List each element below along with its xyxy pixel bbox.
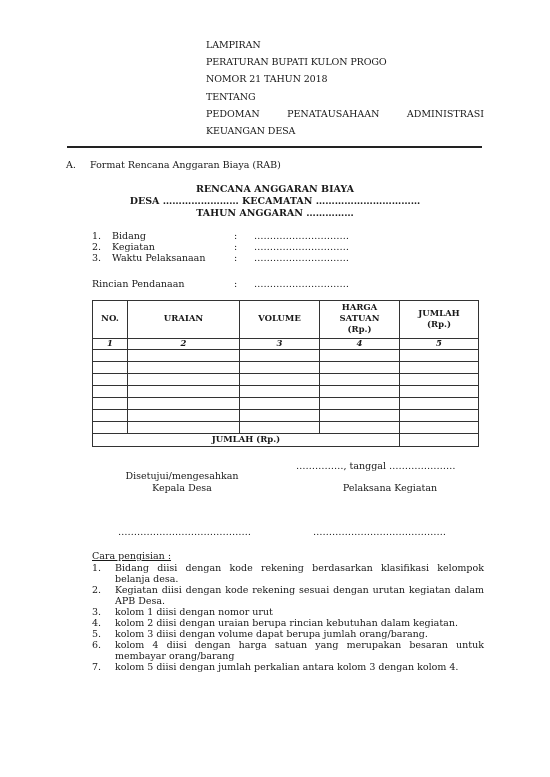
- table-cell[interactable]: [128, 398, 240, 410]
- section-heading: A.Format Rencana Anggaran Biaya (RAB): [66, 160, 281, 171]
- table-cell[interactable]: [320, 410, 400, 422]
- header-nomor: NOMOR 21 TAHUN 2018: [206, 74, 327, 85]
- instruction-item: 6.kolom 4 diisi dengan harga satuan yang…: [92, 640, 484, 662]
- table-cell[interactable]: [320, 374, 400, 386]
- section-title: Format Rencana Anggaran Biaya (RAB): [90, 160, 281, 171]
- info-key: Bidang: [112, 231, 234, 242]
- col-header-uraian: URAIAN: [128, 301, 240, 339]
- instructions-title: Cara pengisian :: [92, 551, 171, 562]
- info-kegiatan: 2.Kegiatan:…………………………: [92, 242, 349, 253]
- pelaksana-kegiatan-label: Pelaksana Kegiatan: [320, 483, 460, 494]
- table-cell[interactable]: [128, 362, 240, 374]
- table-cell[interactable]: [93, 398, 128, 410]
- rab-table: NO. URAIAN VOLUME HARGASATUAN(Rp.) JUMLA…: [92, 300, 479, 447]
- jumlah-text: JUMLAH(Rp.): [418, 309, 459, 330]
- section-label: A.: [66, 160, 90, 171]
- instruction-text: Bidang diisi dengan kode rekening berdas…: [115, 563, 484, 585]
- instruction-number: 1.: [92, 563, 115, 585]
- instruction-number: 7.: [92, 662, 115, 673]
- table-row: [93, 422, 479, 434]
- table-cell[interactable]: [320, 398, 400, 410]
- instruction-text: Kegiatan diisi dengan kode rekening sesu…: [115, 585, 484, 607]
- instruction-text: kolom 2 diisi dengan uraian berupa rinci…: [115, 618, 484, 629]
- info-key: Kegiatan: [112, 242, 234, 253]
- table-row: [93, 362, 479, 374]
- info-bidang: 1.Bidang:…………………………: [92, 231, 349, 242]
- col-num: 4: [320, 339, 400, 350]
- instruction-number: 5.: [92, 629, 115, 640]
- table-row: [93, 374, 479, 386]
- kepala-desa-label: Kepala Desa: [112, 483, 252, 494]
- table-cell[interactable]: [240, 362, 320, 374]
- instruction-number: 2.: [92, 585, 115, 607]
- table-row: [93, 398, 479, 410]
- table-cell[interactable]: [240, 410, 320, 422]
- table-cell[interactable]: [240, 350, 320, 362]
- info-value-blank[interactable]: …………………………: [254, 231, 349, 242]
- info-key: Rincian Pendanaan: [92, 279, 234, 290]
- harga-satuan-text: HARGASATUAN(Rp.): [339, 303, 379, 335]
- table-cell[interactable]: [320, 362, 400, 374]
- instructions-list: 1.Bidang diisi dengan kode rekening berd…: [92, 563, 484, 673]
- table-cell[interactable]: [128, 350, 240, 362]
- info-colon: :: [234, 231, 254, 242]
- instruction-text: kolom 1 diisi dengan nomor urut: [115, 607, 484, 618]
- col-header-harga-satuan: HARGASATUAN(Rp.): [320, 301, 400, 339]
- info-key: Waktu Pelaksanaan: [112, 253, 234, 264]
- header-word: PEDOMAN: [206, 109, 260, 120]
- total-value-cell[interactable]: [400, 434, 479, 447]
- header-lampiran: LAMPIRAN: [206, 40, 261, 51]
- header-divider: [67, 146, 482, 148]
- table-cell[interactable]: [400, 410, 479, 422]
- info-value-blank[interactable]: …………………………: [254, 279, 349, 290]
- col-num: 2: [128, 339, 240, 350]
- table-cell[interactable]: [240, 374, 320, 386]
- header-word: PENATAUSAHAAN: [287, 109, 379, 120]
- info-value-blank[interactable]: …………………………: [254, 253, 349, 264]
- table-cell[interactable]: [128, 410, 240, 422]
- info-num: 3.: [92, 253, 112, 264]
- col-num: 5: [400, 339, 479, 350]
- instruction-number: 3.: [92, 607, 115, 618]
- total-row: JUMLAH (Rp.): [93, 434, 479, 447]
- instruction-item: 2.Kegiatan diisi dengan kode rekening se…: [92, 585, 484, 607]
- header-word: ADMINISTRASI: [407, 109, 484, 120]
- table-cell[interactable]: [93, 362, 128, 374]
- table-cell[interactable]: [240, 386, 320, 398]
- header-peraturan: PERATURAN BUPATI KULON PROGO: [206, 57, 387, 68]
- table-cell[interactable]: [400, 374, 479, 386]
- header-keuangan-desa: KEUANGAN DESA: [206, 126, 295, 137]
- col-header-no: NO.: [93, 301, 128, 339]
- table-cell[interactable]: [320, 386, 400, 398]
- table-cell[interactable]: [93, 386, 128, 398]
- header-subject-line: PEDOMAN PENATAUSAHAAN ADMINISTRASI: [206, 109, 484, 120]
- pelaksana-signature-blank[interactable]: ……………………………………: [313, 527, 446, 538]
- table-cell[interactable]: [400, 398, 479, 410]
- table-cell[interactable]: [93, 350, 128, 362]
- instruction-item: 5.kolom 3 diisi dengan volume dapat beru…: [92, 629, 484, 640]
- instruction-item: 4.kolom 2 diisi dengan uraian berupa rin…: [92, 618, 484, 629]
- col-header-volume: VOLUME: [240, 301, 320, 339]
- table-cell[interactable]: [320, 350, 400, 362]
- table-cell[interactable]: [400, 386, 479, 398]
- col-header-jumlah: JUMLAH(Rp.): [400, 301, 479, 339]
- col-num: 1: [93, 339, 128, 350]
- instruction-item: 7.kolom 5 diisi dengan jumlah perkalian …: [92, 662, 484, 673]
- table-cell[interactable]: [128, 374, 240, 386]
- table-cell[interactable]: [240, 422, 320, 434]
- info-rincian-pendanaan: Rincian Pendanaan:…………………………: [92, 279, 349, 290]
- info-colon: :: [234, 279, 254, 290]
- kepala-desa-signature-blank[interactable]: ……………………………………: [118, 527, 251, 538]
- form-desa-kecamatan: DESA …………………… KECAMATAN ……………………………: [0, 196, 550, 207]
- instruction-item: 1.Bidang diisi dengan kode rekening berd…: [92, 563, 484, 585]
- table-cell[interactable]: [320, 422, 400, 434]
- info-num: 2.: [92, 242, 112, 253]
- info-waktu: 3.Waktu Pelaksanaan:…………………………: [92, 253, 349, 264]
- place-date-line[interactable]: ……………, tanggal …………………: [296, 461, 456, 472]
- instruction-number: 4.: [92, 618, 115, 629]
- info-value-blank[interactable]: …………………………: [254, 242, 349, 253]
- form-title: RENCANA ANGGARAN BIAYA: [0, 184, 550, 195]
- table-cell[interactable]: [93, 422, 128, 434]
- table-row: [93, 386, 479, 398]
- instruction-text: kolom 4 diisi dengan harga satuan yang m…: [115, 640, 484, 662]
- instruction-text: kolom 5 diisi dengan jumlah perkalian an…: [115, 662, 484, 673]
- table-cell[interactable]: [400, 362, 479, 374]
- table-cell[interactable]: [400, 422, 479, 434]
- table-cell[interactable]: [400, 350, 479, 362]
- table-header-row: NO. URAIAN VOLUME HARGASATUAN(Rp.) JUMLA…: [93, 301, 479, 339]
- instruction-item: 3.kolom 1 diisi dengan nomor urut: [92, 607, 484, 618]
- info-num: 1.: [92, 231, 112, 242]
- info-colon: :: [234, 253, 254, 264]
- table-row: [93, 410, 479, 422]
- table-cell[interactable]: [240, 398, 320, 410]
- instruction-number: 6.: [92, 640, 115, 662]
- table-cell[interactable]: [128, 422, 240, 434]
- table-cell[interactable]: [93, 410, 128, 422]
- form-tahun-anggaran: TAHUN ANGGARAN ……………: [0, 208, 550, 219]
- total-label: JUMLAH (Rp.): [93, 434, 400, 447]
- approval-label: Disetujui/mengesahkan: [112, 471, 252, 482]
- instruction-text: kolom 3 diisi dengan volume dapat berupa…: [115, 629, 484, 640]
- header-tentang: TENTANG: [206, 92, 255, 103]
- table-cell[interactable]: [93, 374, 128, 386]
- info-colon: :: [234, 242, 254, 253]
- col-num: 3: [240, 339, 320, 350]
- table-cell[interactable]: [128, 386, 240, 398]
- column-number-row: 1 2 3 4 5: [93, 339, 479, 350]
- table-row: [93, 350, 479, 362]
